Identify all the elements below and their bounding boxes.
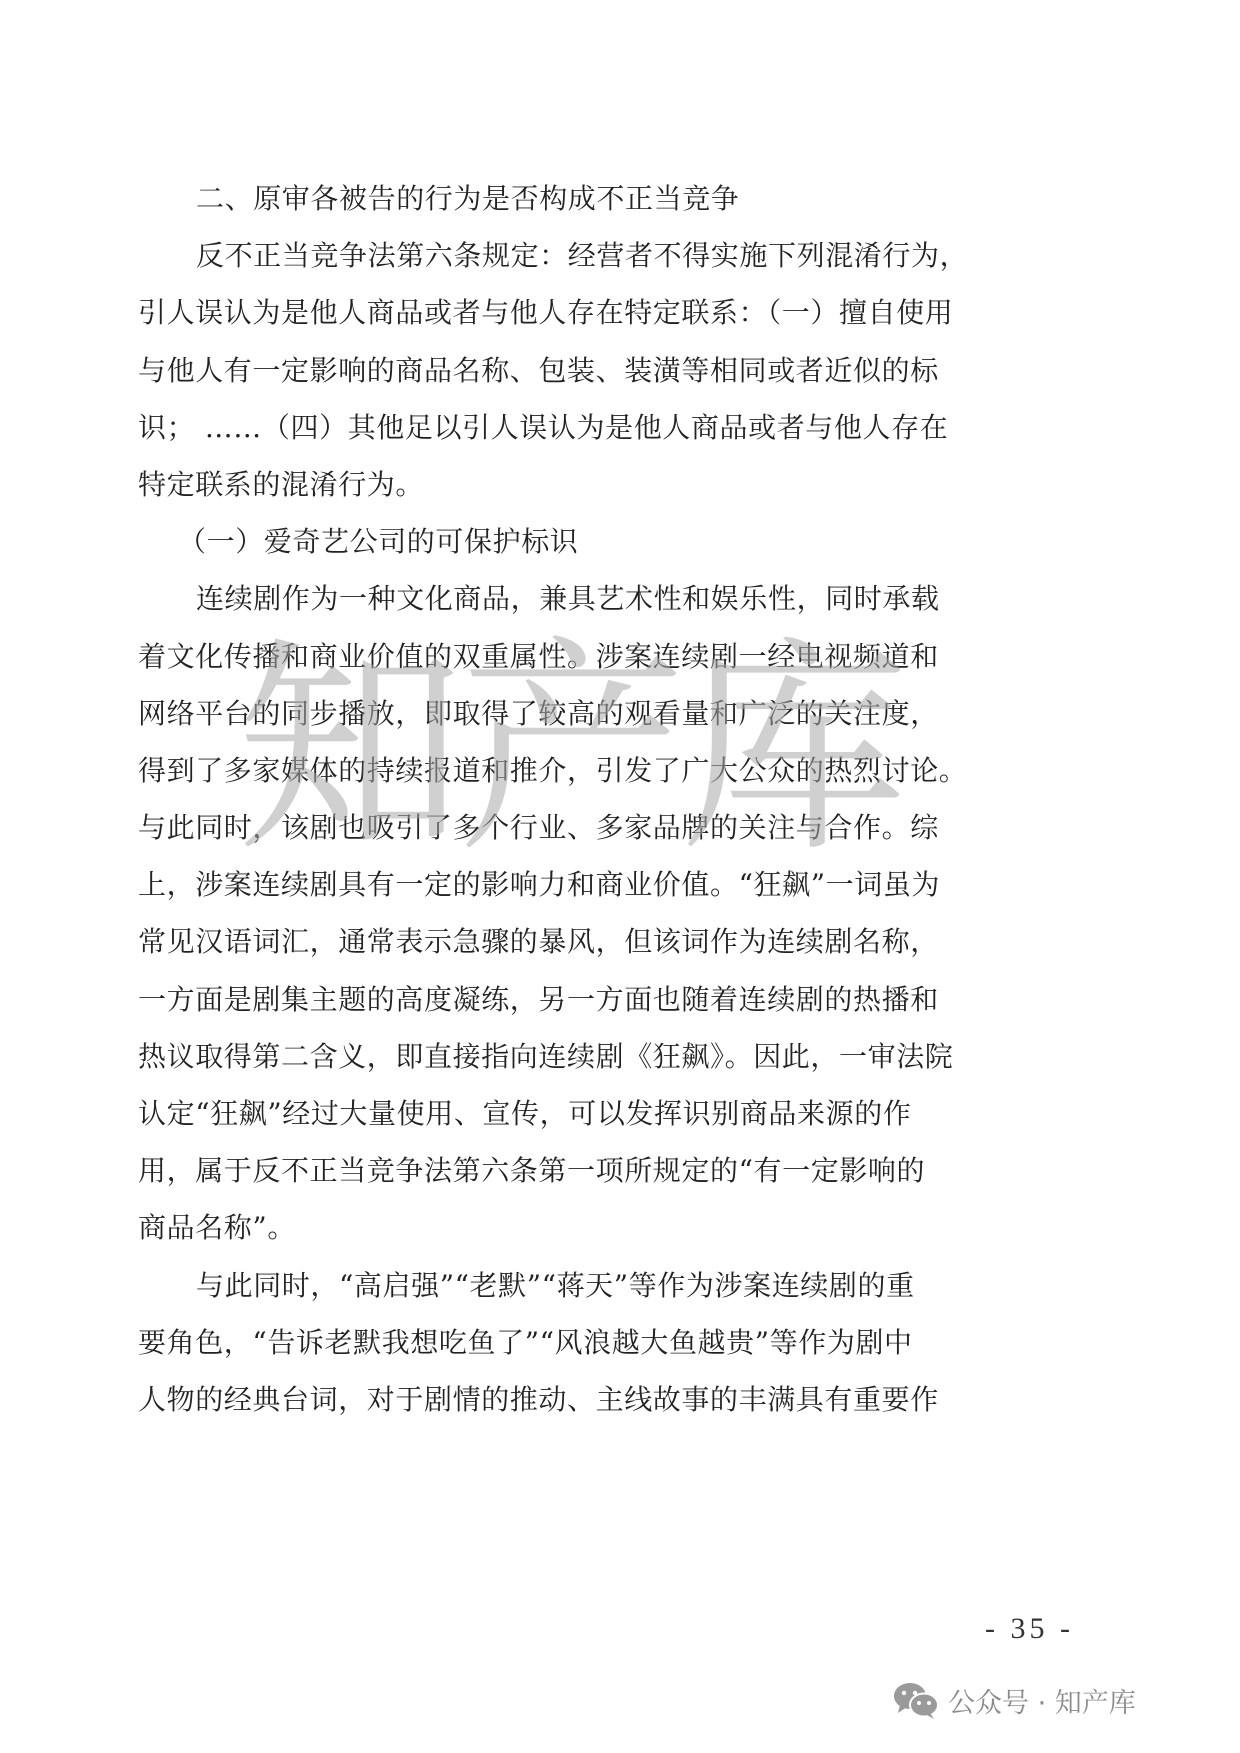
- wechat-icon: [892, 1680, 940, 1720]
- paragraph-line: 热议取得第二含义，即直接指向连续剧《狂飙》。因此，一审法院: [138, 1028, 978, 1085]
- paragraph-line: 着文化传播和商业价值的双重属性。涉案连续剧一经电视频道和: [138, 628, 978, 685]
- document-page: 二、原审各被告的行为是否构成不正当竞争 反不正当竞争法第六条规定：经营者不得实施…: [0, 0, 1240, 1753]
- paragraph-line: 常见汉语词汇，通常表示急骤的暴风，但该词作为连续剧名称，: [138, 913, 978, 970]
- paragraph-line: 与此同时，“高启强”“老默”“蒋天”等作为涉案连续剧的重: [138, 1257, 978, 1314]
- paragraph-line: 认定“狂飙”经过大量使用、宣传，可以发挥识别商品来源的作: [138, 1085, 978, 1142]
- wechat-account-label: 公众号 · 知产库: [948, 1681, 1136, 1720]
- paragraph-line: 特定联系的混淆行为。: [138, 456, 978, 513]
- paragraph-line: 要角色，“告诉老默我想吃鱼了”“风浪越大鱼越贵”等作为剧中: [138, 1314, 978, 1371]
- paragraph-line: 得到了多家媒体的持续报道和推介，引发了广大公众的热烈讨论。: [138, 742, 978, 799]
- paragraph-line: 上，涉案连续剧具有一定的影响力和商业价值。“狂飙”一词虽为: [138, 856, 978, 913]
- paragraph-line: 引人误认为是他人商品或者与他人存在特定联系：（一）擅自使用: [138, 284, 978, 341]
- paragraph-line: 网络平台的同步播放，即取得了较高的观看量和广泛的关注度，: [138, 685, 978, 742]
- paragraph-line: 识； ……（四）其他足以引人误认为是他人商品或者与他人存在: [138, 399, 978, 456]
- section-heading: 二、原审各被告的行为是否构成不正当竞争: [138, 170, 978, 227]
- document-body: 二、原审各被告的行为是否构成不正当竞争 反不正当竞争法第六条规定：经营者不得实施…: [138, 170, 978, 1428]
- paragraph-line: 反不正当竞争法第六条规定：经营者不得实施下列混淆行为，: [138, 227, 978, 284]
- paragraph-line: 人物的经典台词，对于剧情的推动、主线故事的丰满具有重要作: [138, 1371, 978, 1428]
- paragraph-line: 与他人有一定影响的商品名称、包装、装潢等相同或者近似的标: [138, 342, 978, 399]
- page-number: - 35 -: [985, 1612, 1074, 1646]
- paragraph-line: 与此同时，该剧也吸引了多个行业、多家品牌的关注与合作。综: [138, 799, 978, 856]
- paragraph-line: 用，属于反不正当竞争法第六条第一项所规定的“有一定影响的: [138, 1142, 978, 1199]
- paragraph-line: 连续剧作为一种文化商品，兼具艺术性和娱乐性，同时承载: [138, 570, 978, 627]
- paragraph-line: 商品名称”。: [138, 1199, 978, 1256]
- subsection-heading: （一）爱奇艺公司的可保护标识: [138, 513, 978, 570]
- paragraph-line: 一方面是剧集主题的高度凝练，另一方面也随着连续剧的热播和: [138, 971, 978, 1028]
- wechat-account-badge: 公众号 · 知产库: [892, 1678, 1136, 1722]
